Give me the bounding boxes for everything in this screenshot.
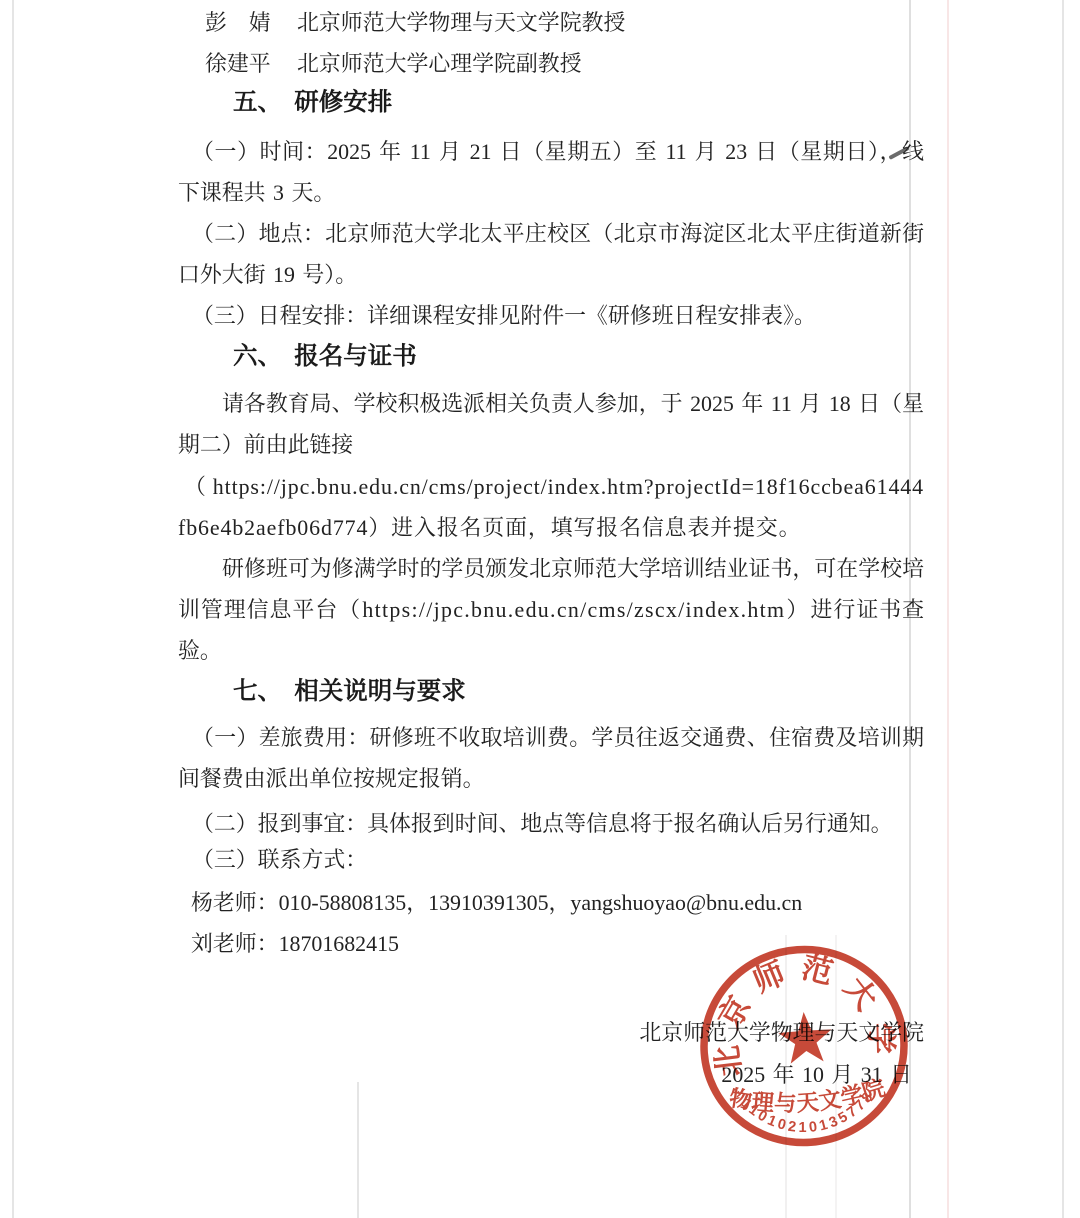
faculty-title: 北京师范大学物理与天文学院教授	[297, 2, 924, 43]
paragraph-travel-expense: （一）差旅费用：研修班不收取培训费。学员往返交通费、住宿费及培训期间餐费由派出单…	[178, 717, 924, 799]
faculty-row: 彭 婧 北京师范大学物理与天文学院教授	[205, 2, 924, 43]
seal-arc-text: 北京师范大学	[702, 943, 901, 1079]
official-seal: 北京师范大学 物理与天文学院 11010210135778	[687, 929, 922, 1164]
faculty-name: 徐建平	[205, 43, 297, 84]
page-edge-line	[12, 0, 14, 1218]
paragraph-schedule: （三）日程安排：详细课程安排见附件一《研修班日程安排表》。	[178, 295, 924, 336]
faculty-row: 徐建平 北京师范大学心理学院副教授	[205, 43, 924, 84]
paragraph-checkin: （二）报到事宜：具体报到时间、地点等信息将于报名确认后另行通知。	[178, 803, 924, 844]
seal-arc-textpath: 北京师范大学	[702, 943, 901, 1079]
faculty-title: 北京师范大学心理学院副教授	[297, 43, 924, 84]
section-heading-5: 五、 研修安排	[233, 82, 924, 123]
seal-graphic: 北京师范大学 物理与天文学院 11010210135778	[687, 929, 922, 1164]
seal-star-icon	[777, 1010, 834, 1064]
paragraph-contact-label: （三）联系方式：	[178, 839, 924, 880]
scan-crease-line-pink	[947, 0, 949, 1218]
document-body: 彭 婧 北京师范大学物理与天文学院教授 徐建平 北京师范大学心理学院副教授 五、…	[178, 2, 924, 1095]
faculty-name: 彭 婧	[205, 2, 297, 43]
section-heading-6: 六、 报名与证书	[233, 336, 924, 377]
scan-crease-line-bottom	[357, 1082, 359, 1218]
paragraph-location: （二）地点：北京师范大学北太平庄校区（北京市海淀区北太平庄街道新街口外大街 19…	[178, 213, 924, 295]
scanned-document-page: 彭 婧 北京师范大学物理与天文学院教授 徐建平 北京师范大学心理学院副教授 五、…	[0, 0, 1080, 1218]
scan-crease-line	[1062, 0, 1064, 1218]
contact-line-yang: 杨老师：010-58808135，13910391305，yangshuoyao…	[178, 882, 924, 923]
paragraph-registration-link: （https://jpc.bnu.edu.cn/cms/project/inde…	[178, 466, 924, 548]
paragraph-registration: 请各教育局、学校积极选派相关负责人参加，于 2025 年 11 月 18 日（星…	[178, 383, 924, 465]
paragraph-time: （一）时间：2025 年 11 月 21 日（星期五）至 11 月 23 日（星…	[178, 131, 924, 213]
certificate-url: （https://jpc.bnu.edu.cn/cms/zscx/index.h…	[338, 597, 810, 622]
paragraph-certificate: 研修班可为修满学时的学员颁发北京师范大学培训结业证书，可在学校培训管理信息平台（…	[178, 548, 924, 671]
section-heading-7: 七、 相关说明与要求	[233, 671, 924, 712]
